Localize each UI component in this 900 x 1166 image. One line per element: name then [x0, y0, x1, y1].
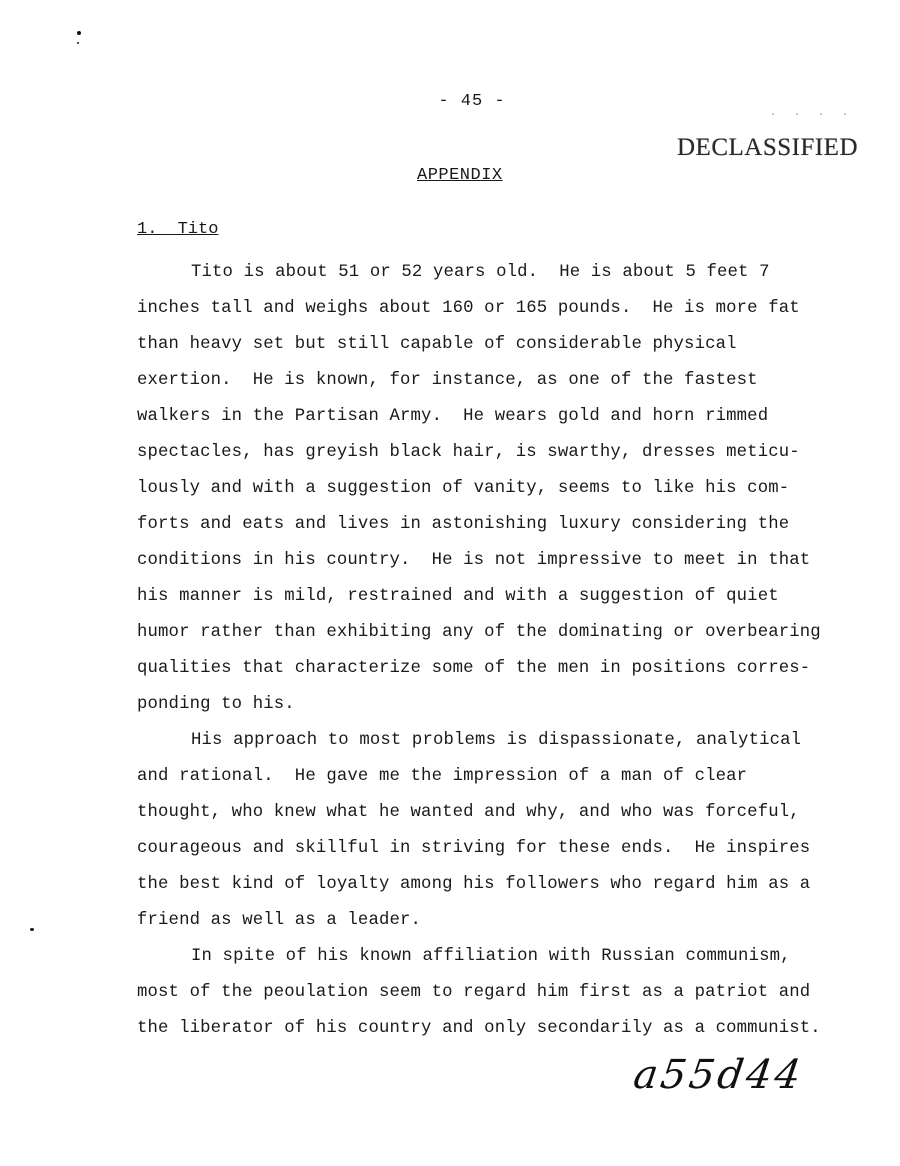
- scan-speck: [30, 928, 34, 931]
- text-line: and rational. He gave me the impression …: [137, 759, 857, 795]
- text-line: walkers in the Partisan Army. He wears g…: [137, 399, 857, 435]
- scan-speck: [77, 42, 79, 44]
- paragraph-description: Tito is about 51 or 52 years old. He is …: [137, 255, 857, 723]
- text-line: the best kind of loyalty among his follo…: [137, 867, 857, 903]
- text-line: inches tall and weighs about 160 or 165 …: [137, 291, 857, 327]
- scan-speck: [77, 31, 81, 35]
- page-number: - 45 -: [0, 92, 900, 111]
- text-line: In spite of his known affiliation with R…: [137, 939, 857, 975]
- paragraph-approach: His approach to most problems is dispass…: [137, 723, 857, 939]
- text-line: the liberator of his country and only se…: [137, 1011, 857, 1047]
- text-line: spectacles, has greyish black hair, is s…: [137, 435, 857, 471]
- text-line: exertion. He is known, for instance, as …: [137, 363, 857, 399]
- text-line: forts and eats and lives in astonishing …: [137, 507, 857, 543]
- text-line: most of the peoulation seem to regard hi…: [137, 975, 857, 1011]
- document-body: Tito is about 51 or 52 years old. He is …: [137, 255, 857, 1047]
- text-line: ponding to his.: [137, 687, 857, 723]
- text-line: than heavy set but still capable of cons…: [137, 327, 857, 363]
- paragraph-affiliation: In spite of his known affiliation with R…: [137, 939, 857, 1047]
- text-line: Tito is about 51 or 52 years old. He is …: [137, 255, 857, 291]
- appendix-heading: APPENDIX: [417, 166, 503, 185]
- text-line: thought, who knew what he wanted and why…: [137, 795, 857, 831]
- handwritten-annotation: a55d44: [631, 1052, 807, 1098]
- stamp-noise: · · · ·: [770, 110, 854, 121]
- text-line: conditions in his country. He is not imp…: [137, 543, 857, 579]
- declassified-stamp: DECLASSIFIED: [677, 134, 858, 162]
- text-line: His approach to most problems is dispass…: [137, 723, 857, 759]
- text-line: qualities that characterize some of the …: [137, 651, 857, 687]
- section-title: 1. Tito: [137, 220, 218, 239]
- text-line: humor rather than exhibiting any of the …: [137, 615, 857, 651]
- text-line: lously and with a suggestion of vanity, …: [137, 471, 857, 507]
- text-line: friend as well as a leader.: [137, 903, 857, 939]
- text-line: courageous and skillful in striving for …: [137, 831, 857, 867]
- text-line: his manner is mild, restrained and with …: [137, 579, 857, 615]
